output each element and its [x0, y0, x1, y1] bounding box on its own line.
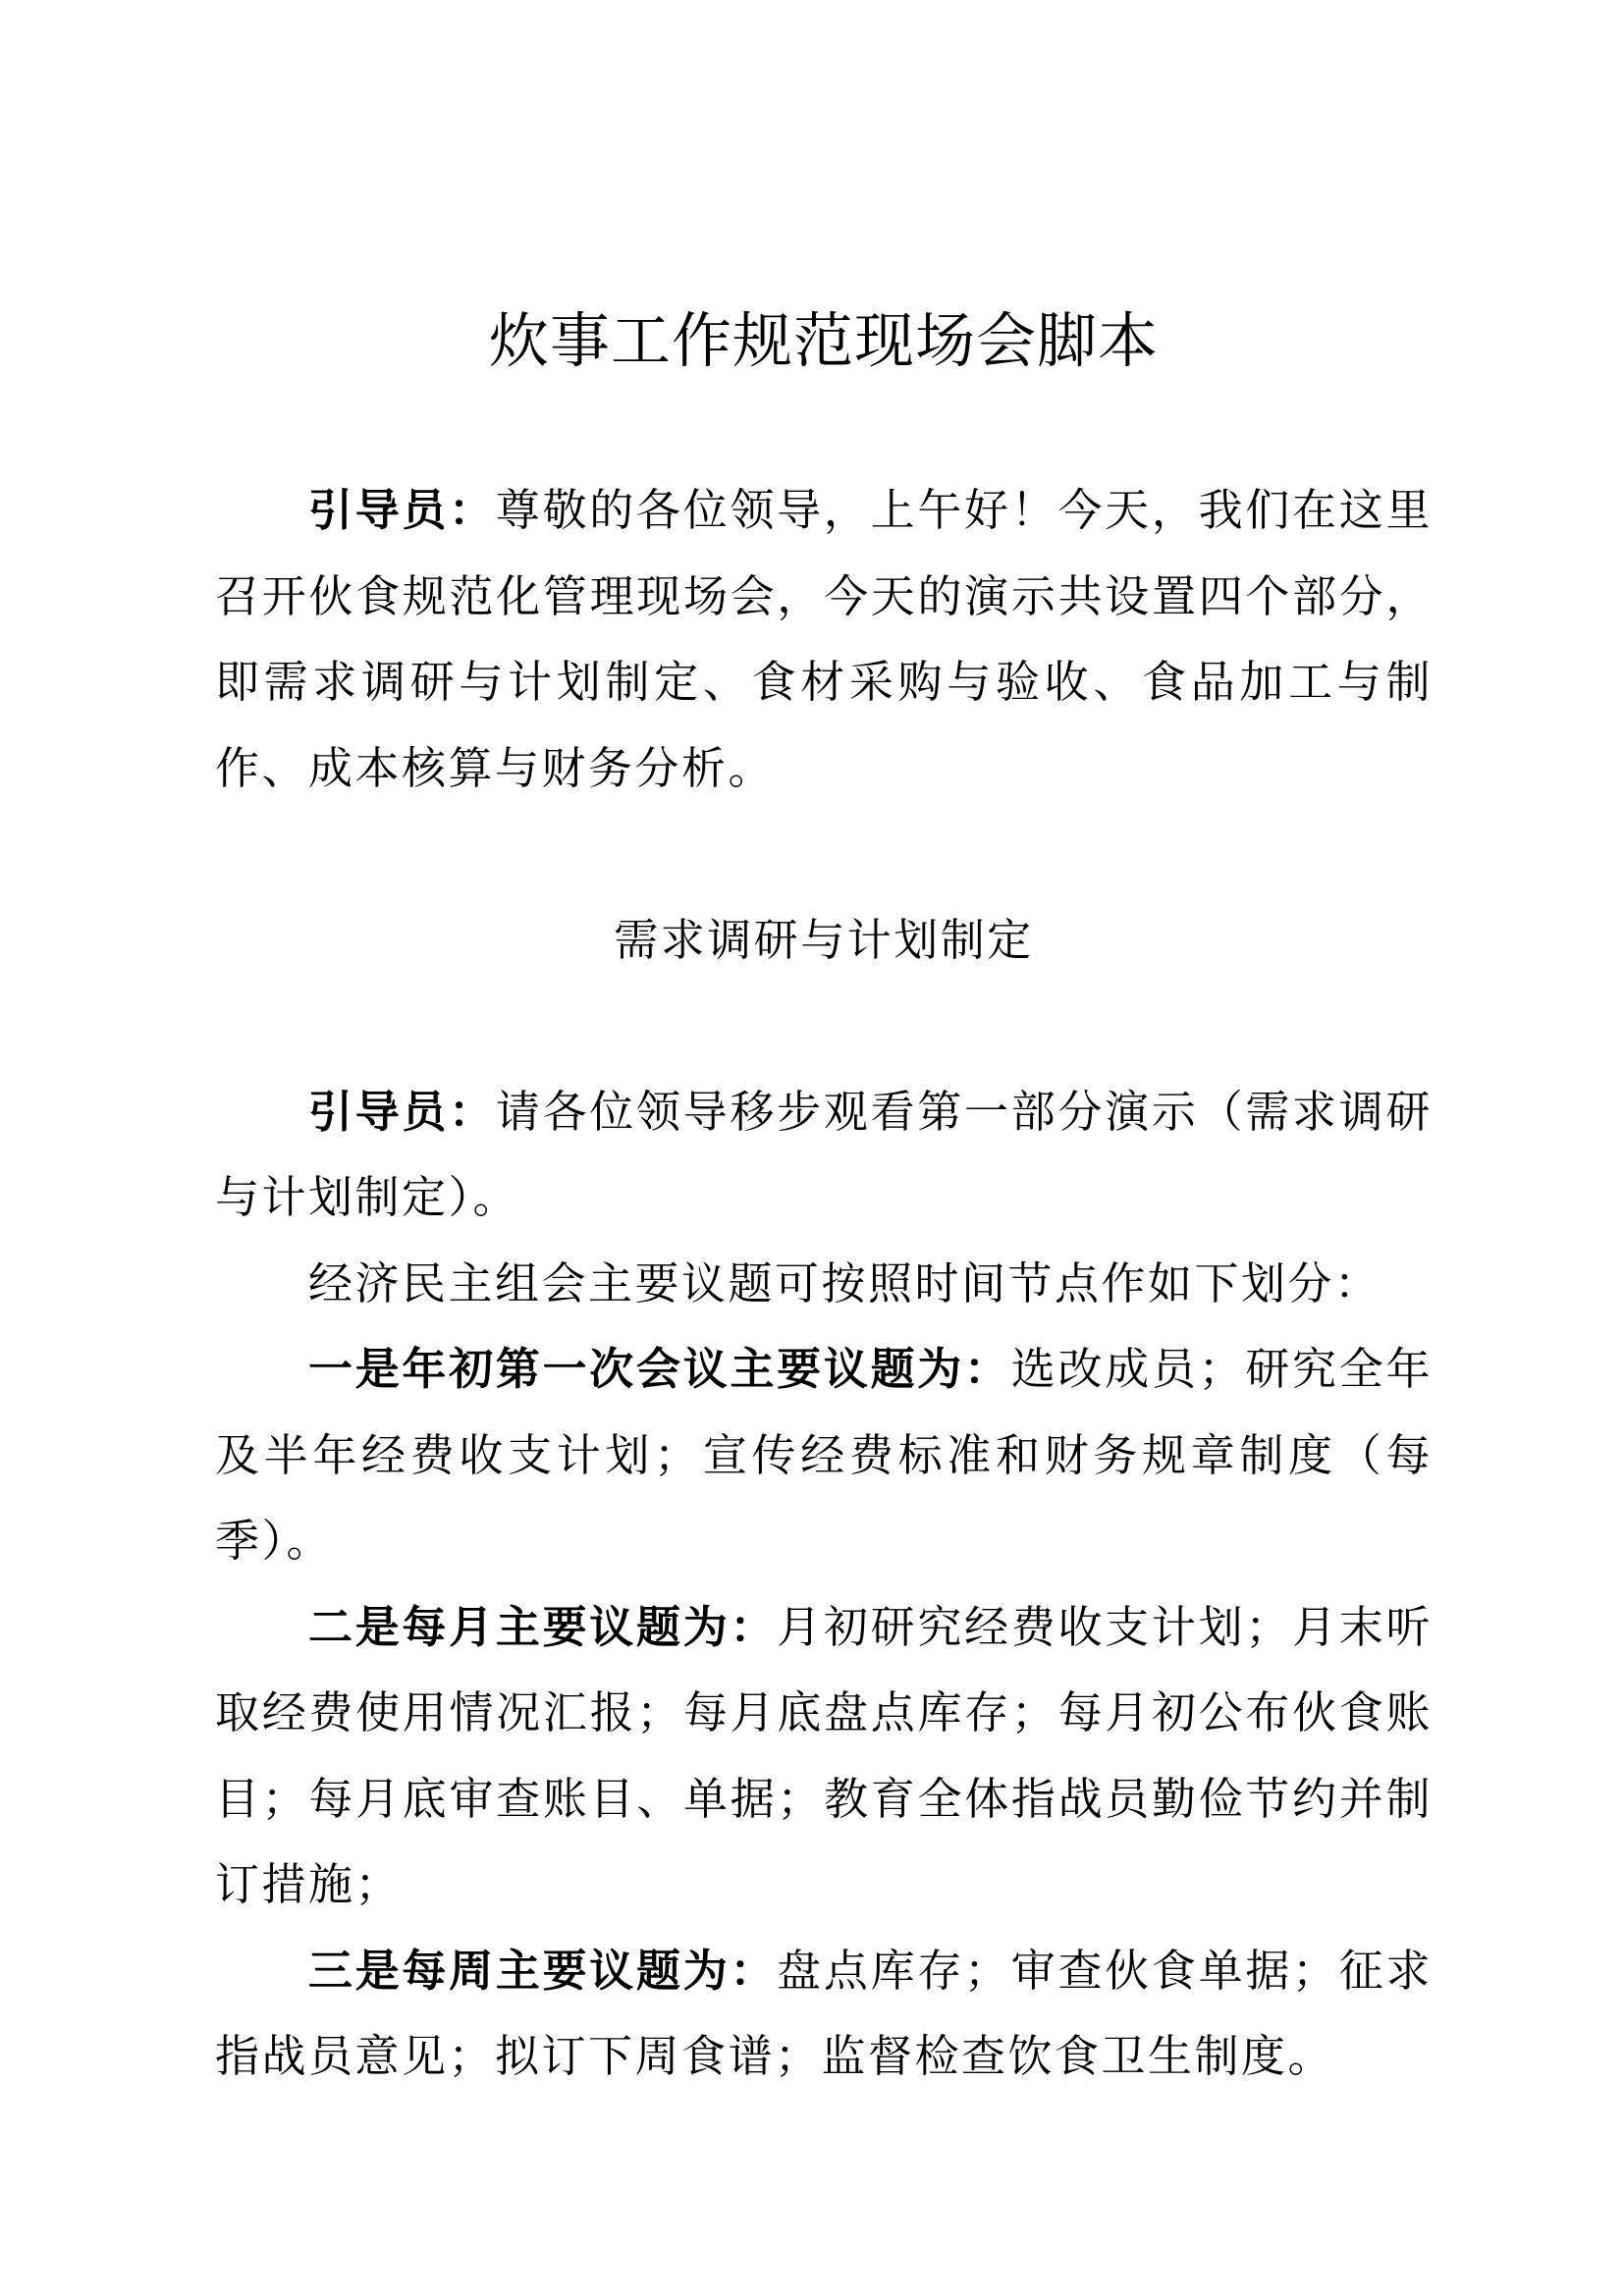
document-title: 炊事工作规范现场会脚本 [215, 299, 1433, 383]
blank-line [215, 983, 1433, 1069]
paragraph-lead: 二是每月主要议题为： [308, 1602, 777, 1652]
paragraph-lead: 三是每周主要议题为： [308, 1946, 777, 1996]
paragraph-item-one: 一是年初第一次会议主要议题为：选改成员；研究全年及半年经费收支计划；宣传经费标准… [215, 1326, 1433, 1584]
paragraph-guide: 引导员：请各位领导移步观看第一部分演示（需求调研与计划制定）。 [215, 1069, 1433, 1241]
paragraph-lead: 一是年初第一次会议主要议题为： [308, 1344, 1011, 1394]
blank-line [215, 811, 1433, 897]
speaker-lead: 引导员： [308, 1087, 496, 1137]
speaker-lead: 引导员： [308, 485, 496, 535]
paragraph-intro: 引导员：尊敬的各位领导，上午好！今天，我们在这里召开伙食规范化管理现场会，今天的… [215, 467, 1433, 811]
paragraph-text: 经济民主组会主要议题可按照时间节点作如下划分： [308, 1258, 1381, 1308]
document-page: 炊事工作规范现场会脚本 引导员：尊敬的各位领导，上午好！今天，我们在这里召开伙食… [0, 0, 1624, 2296]
paragraph-item-two: 二是每月主要议题为：月初研究经费收支计划；月末听取经费使用情况汇报；每月底盘点库… [215, 1584, 1433, 1928]
document-body: 炊事工作规范现场会脚本 引导员：尊敬的各位领导，上午好！今天，我们在这里召开伙食… [215, 0, 1433, 2100]
paragraph-item-three: 三是每周主要议题为：盘点库存；审查伙食单据；征求指战员意见；拟订下周食谱；监督检… [215, 1928, 1433, 2100]
section-heading: 需求调研与计划制定 [215, 897, 1433, 984]
paragraph-topics-intro: 经济民主组会主要议题可按照时间节点作如下划分： [215, 1241, 1433, 1327]
